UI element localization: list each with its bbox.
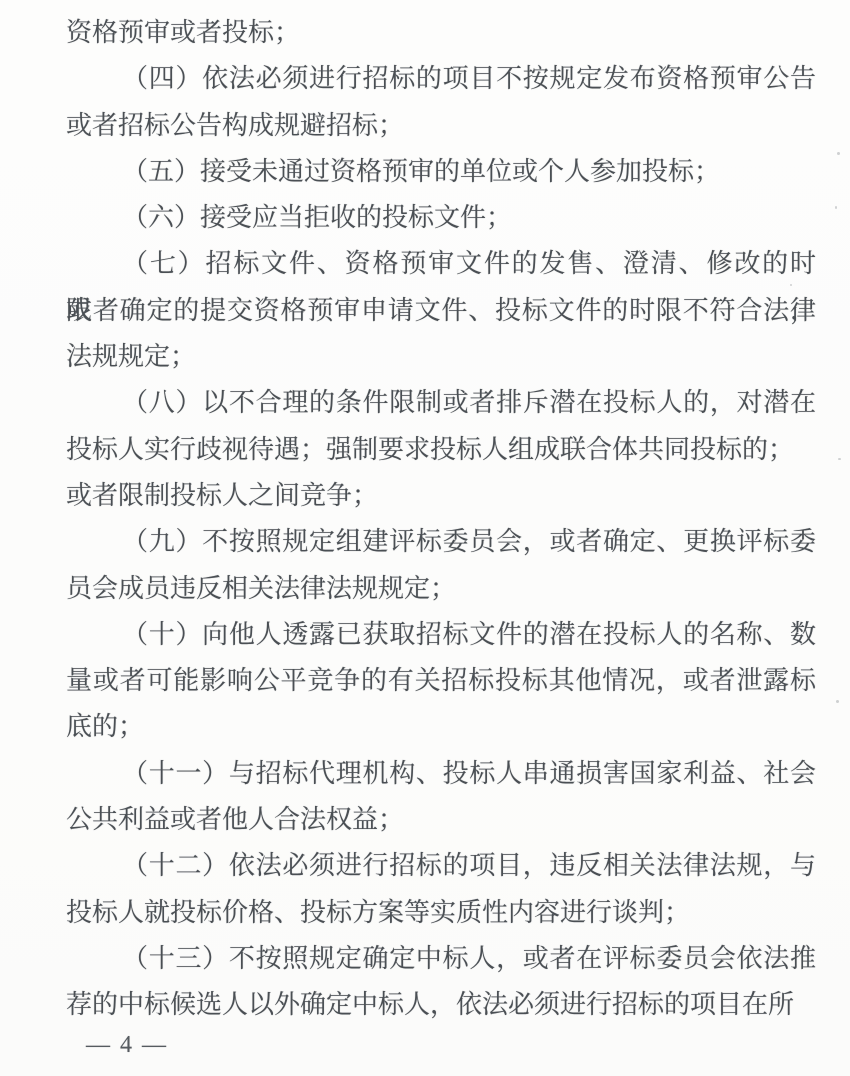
text-line: 量或者可能影响公平竞争的有关招标投标其他情况，或者泄露标 xyxy=(66,658,816,704)
text-line: （七）招标文件、资格预审文件的发售、澄清、修改的时限， xyxy=(66,241,816,287)
text-line: 或者限制投标人之间竞争； xyxy=(66,473,816,519)
text-line: （五）接受未通过资格预审的单位或个人参加投标； xyxy=(66,149,816,195)
text-line: （四）依法必须进行招标的项目不按规定发布资格预审公告 xyxy=(66,56,816,102)
text-line: 或者确定的提交资格预审申请文件、投标文件的时限不符合法律 xyxy=(66,288,816,334)
text-line: 荐的中标候选人以外确定中标人，依法必须进行招标的项目在所 xyxy=(66,982,816,1028)
text-line: （十一）与招标代理机构、投标人串通损害国家利益、社会 xyxy=(66,751,816,797)
page-number: — 4 — xyxy=(86,1028,168,1062)
text-line: （十三）不按照规定确定中标人，或者在评标委员会依法推 xyxy=(66,936,816,982)
text-line: 公共利益或者他人合法权益； xyxy=(66,797,816,843)
scan-noise-speck xyxy=(838,458,841,460)
text-line: 投标人实行歧视待遇；强制要求投标人组成联合体共同投标的； xyxy=(66,427,816,473)
text-line: 资格预审或者投标； xyxy=(66,10,816,56)
text-line: 或者招标公告构成规避招标； xyxy=(66,103,816,149)
scanned-document-page: 资格预审或者投标；（四）依法必须进行招标的项目不按规定发布资格预审公告或者招标公… xyxy=(0,0,850,1076)
text-line: （六）接受应当拒收的投标文件； xyxy=(66,195,816,241)
text-line: （十二）依法必须进行招标的项目，违反相关法律法规，与 xyxy=(66,843,816,889)
scan-noise-speck xyxy=(836,700,839,703)
scan-noise-speck xyxy=(160,134,163,136)
scan-noise-speck xyxy=(835,206,837,209)
text-line: 员会成员违反相关法律法规规定； xyxy=(66,566,816,612)
scan-noise-speck xyxy=(790,284,792,286)
text-line: 底的； xyxy=(66,704,816,750)
text-line: 法规规定； xyxy=(66,334,816,380)
text-line: （九）不按照规定组建评标委员会，或者确定、更换评标委 xyxy=(66,519,816,565)
text-line: （八）以不合理的条件限制或者排斥潜在投标人的，对潜在 xyxy=(66,380,816,426)
text-line: 投标人就投标价格、投标方案等实质性内容进行谈判； xyxy=(66,890,816,936)
document-body: 资格预审或者投标；（四）依法必须进行招标的项目不按规定发布资格预审公告或者招标公… xyxy=(66,10,816,1029)
scan-noise-speck xyxy=(837,152,840,155)
text-line: （十）向他人透露已获取招标文件的潜在投标人的名称、数 xyxy=(66,612,816,658)
